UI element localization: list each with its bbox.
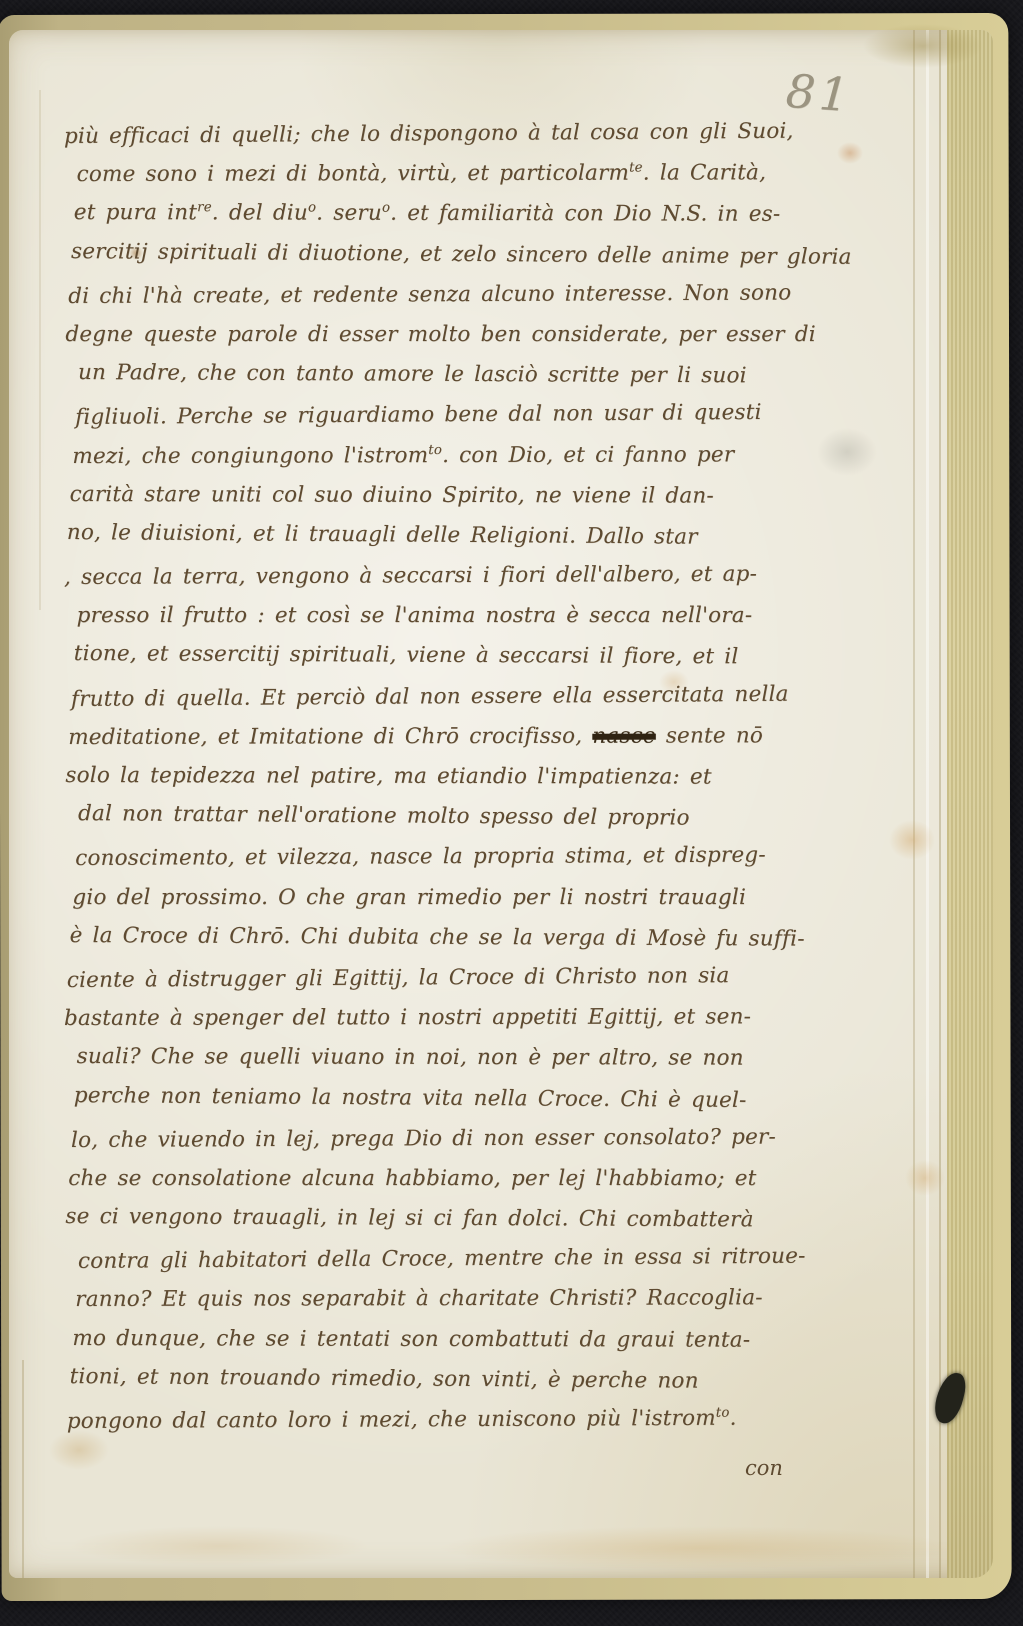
manuscript-line: se ci vengono trauagli, in lej si ci fan… — [65, 1197, 877, 1241]
fore-edge-band — [947, 30, 993, 1578]
manuscript-line: perche non teniamo la nostra vita nella … — [74, 1076, 886, 1122]
foxing-stain — [69, 1526, 369, 1566]
page-crease — [22, 1360, 24, 1578]
manuscript-line: ranno? Et quis nos separabit à charitate… — [75, 1278, 887, 1320]
manuscript-line: no, le diuisioni, et li trauagli delle R… — [67, 513, 879, 559]
manuscript-line: un Padre, che con tanto amore le lasciò … — [78, 353, 890, 397]
manuscript-line: pongono dal canto loro i mezi, che unisc… — [67, 1398, 879, 1442]
manuscript-line: che se consolatione alcuna habbiamo, per… — [68, 1159, 880, 1199]
photograph-backdrop: 81 più efficaci di quelli; che lo dispon… — [0, 0, 1023, 1626]
manuscript-line: bastante à spenger del tutto i nostri ap… — [64, 997, 876, 1039]
manuscript-line: mezi, che congiungono l'istromto. con Di… — [72, 435, 884, 477]
manuscript-line: figliuoli. Perche se riguardiamo bene da… — [75, 392, 887, 438]
manuscript-line: tioni, et non trouando rimedio, son vint… — [69, 1357, 881, 1403]
manuscript-line: come sono i mezi di bontà, virtù, et par… — [77, 153, 889, 195]
manuscript-line: mo dunque, che se i tentati son combattu… — [72, 1319, 884, 1361]
manuscript-line: solo la tepidezza nel patire, ma etiandi… — [65, 756, 877, 798]
manuscript-line: dal non trattar nell'oratione molto spes… — [78, 794, 890, 840]
manuscript-line: di chi l'hà create, et redente senza alc… — [68, 273, 880, 317]
manuscript-line: sercitij spirituali di diuotione, et zel… — [71, 232, 883, 278]
manuscript-line: degne queste parole di esser molto ben c… — [65, 315, 877, 355]
manuscript-line: gio del prossimo. O che gran rimedio per… — [72, 878, 884, 918]
page-crease — [39, 90, 41, 610]
manuscript-line: tione, et essercitij spirituali, viene à… — [74, 634, 886, 678]
manuscript-page: 81 più efficaci di quelli; che lo dispon… — [9, 30, 993, 1578]
page-crease — [926, 30, 929, 1578]
manuscript-line: , secca la terra, vengono à seccarsi i f… — [64, 554, 876, 598]
manuscript-line: et pura intre. del diuo. seruo. et famil… — [74, 193, 886, 235]
manuscript-line: più efficaci di quelli; che lo dispongon… — [64, 111, 876, 157]
manuscript-line: suali? Che se quelli viuano in noi, non … — [77, 1037, 889, 1079]
manuscript-line: è la Croce di Chrō. Chi dubita che se la… — [70, 916, 882, 960]
manuscript-line: contra gli habitatori della Croce, mentr… — [78, 1236, 890, 1282]
manuscript-line: carità stare uniti col suo diuino Spirit… — [70, 475, 882, 517]
manuscript-line: lo, che viuendo in lej, prega Dio di non… — [71, 1117, 883, 1161]
manuscript-text: più efficaci di quelli; che lo dispongon… — [71, 114, 883, 1440]
catchword: con — [745, 1456, 783, 1480]
page-crease — [913, 30, 915, 1578]
manuscript-line: presso il frutto : et così se l'anima no… — [77, 596, 889, 636]
manuscript-line: frutto di quella. Et perciò dal non esse… — [71, 674, 883, 720]
manuscript-line: conoscimento, et vilezza, nasce la propr… — [75, 835, 887, 879]
manuscript-line: meditatione, et Imitatione di Chrō croci… — [68, 716, 880, 758]
page-crease — [939, 30, 941, 1578]
struck-word: nasce — [592, 723, 656, 748]
foxing-stain — [439, 1526, 959, 1570]
manuscript-line: ciente à distrugger gli Egittij, la Croc… — [67, 955, 879, 1001]
